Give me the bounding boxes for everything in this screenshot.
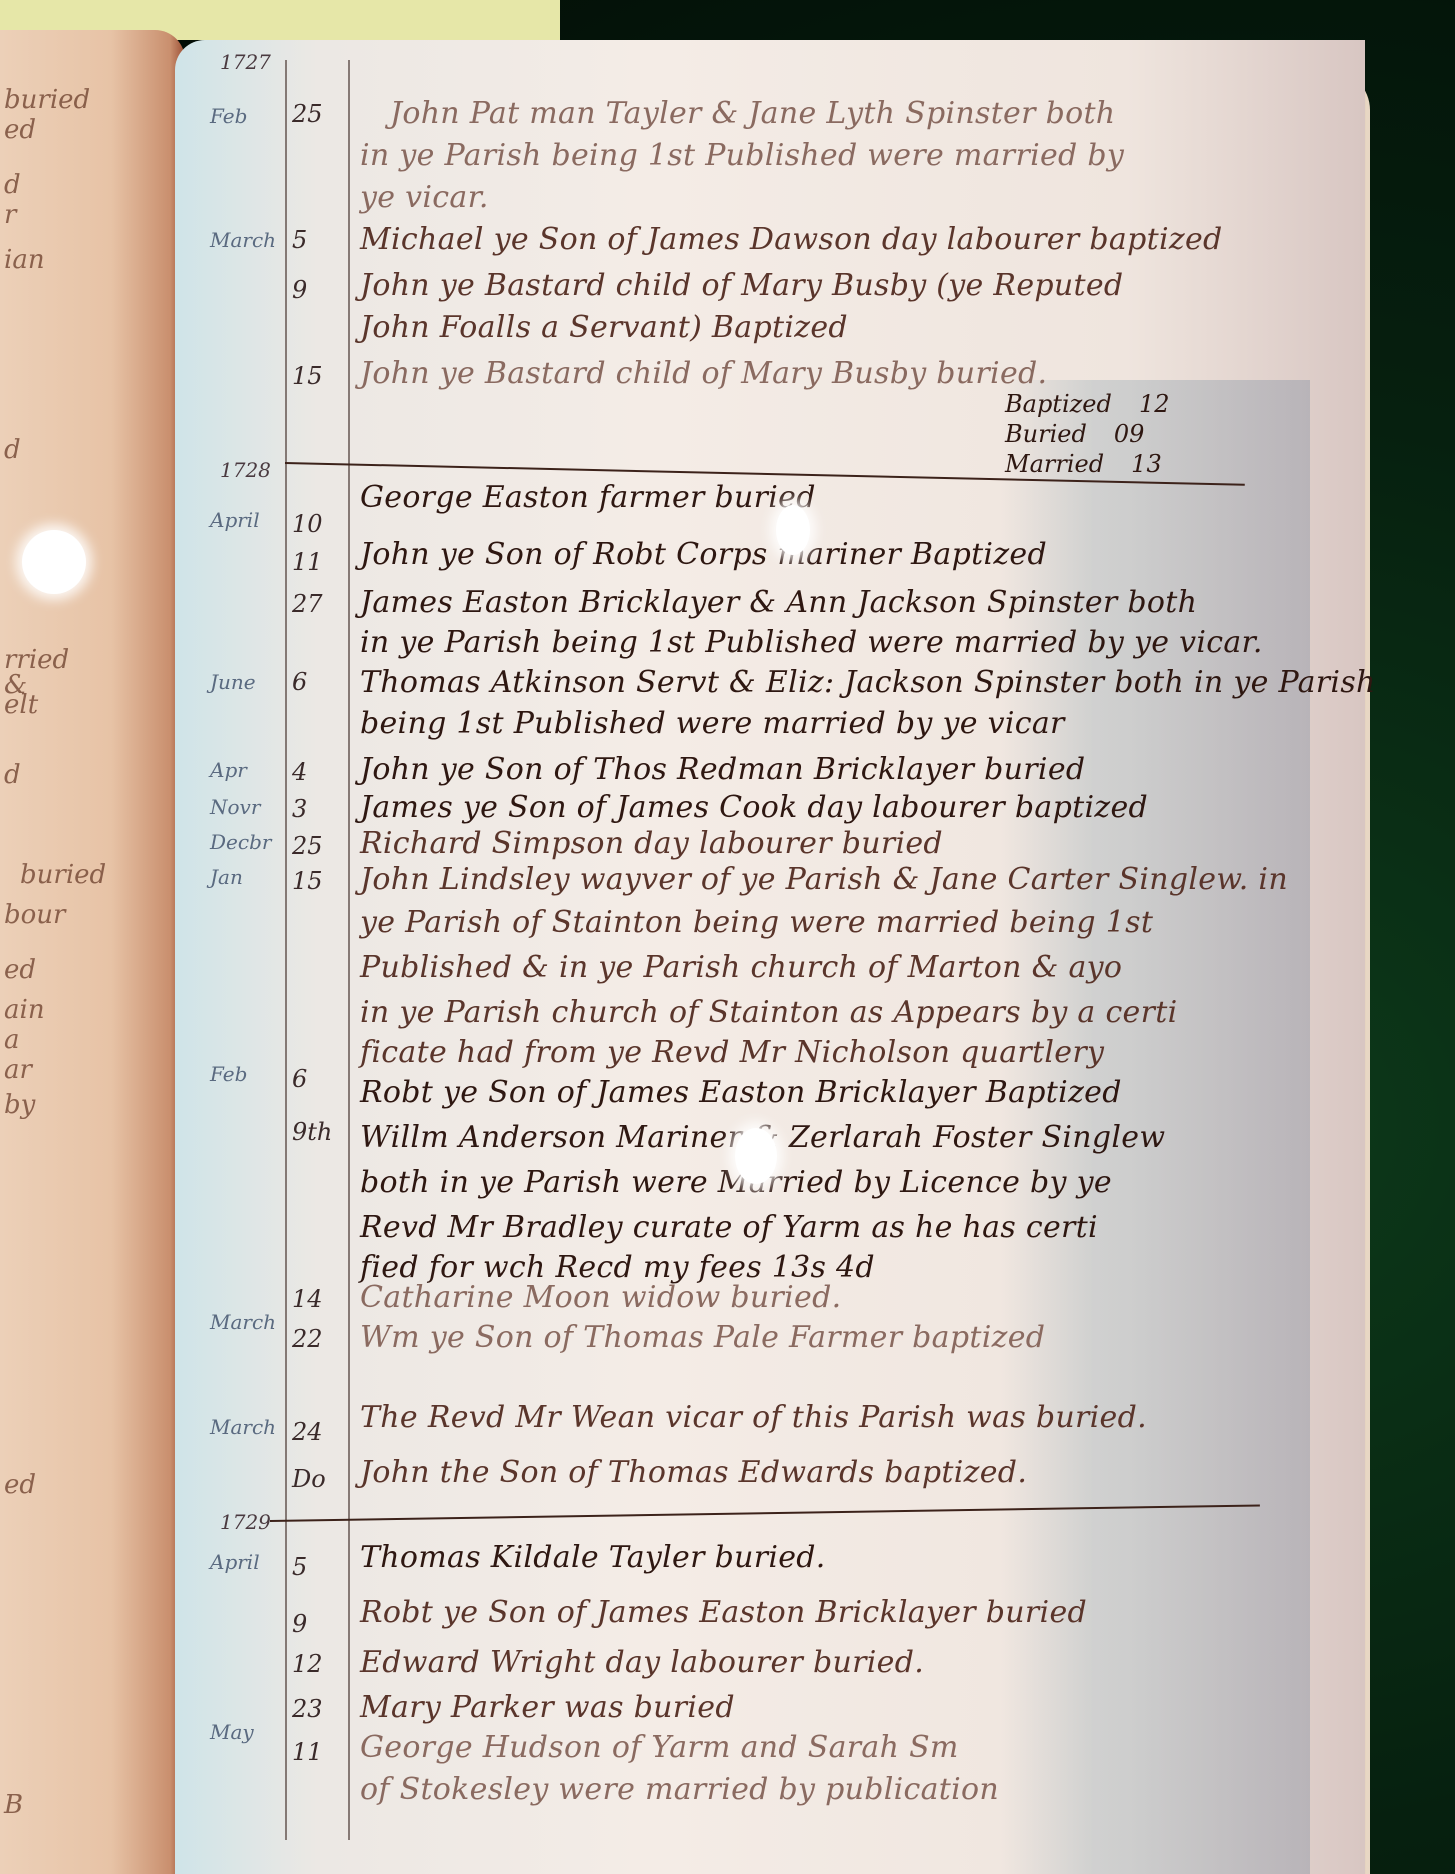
entry-day: 6: [292, 1065, 307, 1093]
entry-line: John Pat man Tayler & Jane Lyth Spinster…: [390, 96, 1115, 131]
entry-month: March: [210, 1310, 276, 1334]
entry-line: Robt ye Son of James Easton Bricklayer B…: [360, 1075, 1122, 1110]
left-fragment: ian: [4, 245, 45, 275]
left-fragment: by: [4, 1090, 35, 1120]
entry-line: ye Parish of Stainton being were married…: [360, 905, 1153, 940]
entry-line: Thomas Kildale Tayler buried.: [360, 1540, 826, 1575]
entry-month: Jan: [210, 865, 243, 889]
entry-line: in ye Parish church of Stainton as Appea…: [360, 995, 1178, 1030]
entry-line: Published & in ye Parish church of Marto…: [360, 950, 1122, 985]
entry-line: Edward Wright day labourer buried.: [360, 1645, 924, 1680]
entry-day: 5: [292, 1553, 307, 1581]
left-fragment: ar: [4, 1055, 32, 1085]
entry-day: 27: [292, 590, 323, 618]
left-fragment: buried: [20, 860, 106, 890]
entry-line: Thomas Atkinson Servt & Eliz: Jackson Sp…: [360, 665, 1376, 700]
left-fragment: buried: [4, 85, 90, 115]
entry-day: 25: [292, 832, 323, 860]
entry-month: May: [210, 1720, 254, 1744]
entry-line: in ye Parish being 1st Published were ma…: [360, 138, 1124, 173]
left-page: buried ed d r ian d rried & elt d buried…: [0, 30, 185, 1874]
tally-married: Married 13: [1005, 450, 1162, 478]
left-fragment: r: [4, 200, 16, 230]
entry-day: 9: [292, 1610, 307, 1638]
entry-month: Novr: [210, 795, 260, 819]
entry-day: 22: [292, 1325, 323, 1353]
entry-line: John ye Bastard child of Mary Busby buri…: [360, 356, 1047, 391]
entry-day: 10: [292, 510, 323, 538]
left-fragment: d: [4, 760, 21, 790]
entry-line: John Lindsley wayver of ye Parish & Jane…: [360, 862, 1288, 897]
entry-line: James Easton Bricklayer & Ann Jackson Sp…: [360, 585, 1197, 620]
entry-line: The Revd Mr Wean vicar of this Parish wa…: [360, 1400, 1147, 1435]
entry-column-rule: [348, 60, 350, 1840]
entry-day: 9: [292, 276, 307, 304]
entry-day: 3: [292, 795, 307, 823]
entry-line: Catharine Moon widow buried.: [360, 1280, 841, 1315]
entry-line: both in ye Parish were Married by Licenc…: [360, 1165, 1112, 1200]
entry-line: James ye Son of James Cook day labourer …: [360, 790, 1148, 825]
year-label: 1727: [220, 50, 271, 74]
tally-buried: Buried 09: [1005, 420, 1144, 448]
left-fragment: bour: [4, 900, 65, 930]
entry-day: 11: [292, 1738, 323, 1766]
entry-day: 15: [292, 867, 323, 895]
entry-day: 5: [292, 226, 307, 254]
left-fragment: elt: [4, 690, 38, 720]
entry-month: Feb: [210, 1062, 247, 1086]
entry-line: John the Son of Thomas Edwards baptized.: [360, 1455, 1027, 1490]
entry-line: ficate had from ye Revd Mr Nicholson qua…: [360, 1035, 1104, 1070]
entry-line: George Hudson of Yarm and Sarah Sm: [360, 1730, 959, 1765]
left-fragment: ed: [4, 955, 36, 985]
date-column-rule: [285, 60, 287, 1840]
left-fragment: d: [4, 435, 21, 465]
left-fragment: ed: [4, 1470, 36, 1500]
entry-month: March: [210, 1415, 276, 1439]
left-fragment: d: [4, 170, 21, 200]
light-glare: [776, 505, 810, 555]
entry-day: 11: [292, 548, 323, 576]
entry-day: 12: [292, 1650, 323, 1678]
entry-day: Do: [292, 1465, 326, 1493]
left-fragment: ed: [4, 115, 36, 145]
entry-line: George Easton farmer buried: [360, 480, 816, 515]
light-glare: [22, 530, 86, 594]
entry-day: 15: [292, 362, 323, 390]
entry-month: March: [210, 228, 276, 252]
entry-line: Revd Mr Bradley curate of Yarm as he has…: [360, 1210, 1098, 1245]
left-fragment: a: [4, 1025, 20, 1055]
entry-day: 14: [292, 1285, 323, 1313]
entry-line: John ye Bastard child of Mary Busby (ye …: [360, 268, 1123, 303]
entry-month: Feb: [210, 104, 247, 128]
entry-line: Richard Simpson day labourer buried: [360, 826, 943, 861]
left-fragment: B: [4, 1790, 23, 1820]
entry-day: 23: [292, 1695, 323, 1723]
entry-line: John ye Son of Thos Redman Bricklayer bu…: [360, 752, 1085, 787]
entry-line: Robt ye Son of James Easton Bricklayer b…: [360, 1595, 1087, 1630]
entry-line: Wm ye Son of Thomas Pale Farmer baptized: [360, 1320, 1045, 1355]
entry-line: in ye Parish being 1st Published were ma…: [360, 625, 1263, 660]
year-label: 1729: [220, 1510, 271, 1534]
entry-line: John ye Son of Robt Corps mariner Baptiz…: [360, 537, 1047, 572]
entry-month: Decbr: [210, 830, 271, 854]
entry-day: 4: [292, 758, 307, 786]
entry-line: Michael ye Son of James Dawson day labou…: [360, 222, 1223, 257]
entry-day: 25: [292, 100, 323, 128]
light-glare: [735, 1128, 777, 1184]
entry-day: 9th: [292, 1118, 332, 1146]
entry-month: June: [210, 670, 256, 694]
entry-month: April: [210, 1550, 260, 1574]
entry-day: 6: [292, 668, 307, 696]
entry-line: of Stokesley were married by publication: [360, 1772, 999, 1807]
entry-line: Mary Parker was buried: [360, 1690, 735, 1725]
entry-day: 24: [292, 1418, 323, 1446]
entry-line: John Foalls a Servant) Baptized: [360, 310, 848, 345]
year-label: 1728: [220, 458, 271, 482]
entry-line: being 1st Published were married by ye v…: [360, 706, 1065, 741]
entry-month: April: [210, 508, 260, 532]
entry-line: ye vicar.: [360, 180, 489, 215]
left-fragment: ain: [4, 995, 45, 1025]
entry-month: Apr: [210, 758, 247, 782]
tally-baptized: Baptized 12: [1005, 390, 1169, 418]
